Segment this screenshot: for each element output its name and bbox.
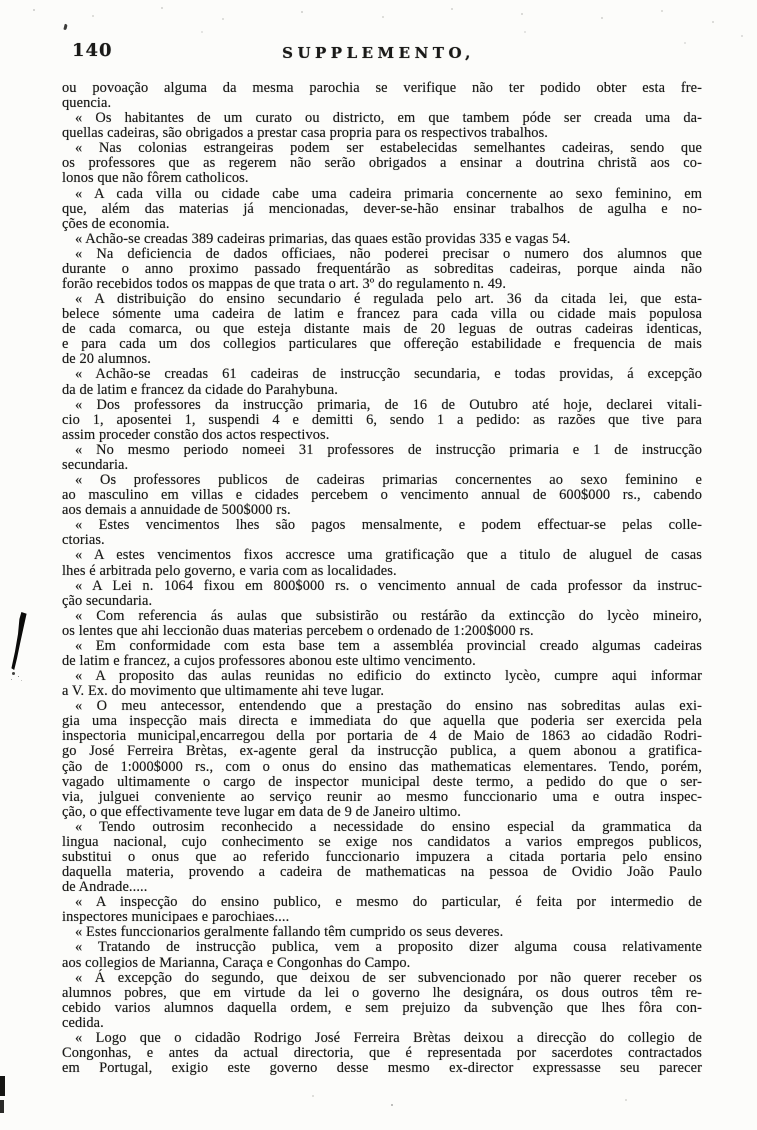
text-line: durante o anno proximo passado frequentá… [62,262,702,277]
page-edge-mark [0,1100,4,1113]
text-line: em Portugal, exigio este governo desse m… [62,1061,702,1076]
text-line: aos demais a annuidade de 500$000 rs. [62,503,702,518]
text-line: daquella materia, provendo a cadeira de … [62,865,702,880]
text-line: « Nas colonias estrangeiras podem ser es… [62,141,702,156]
text-line: ções de economia. [62,217,702,232]
text-line: via, julguei conveniente ao serviço reun… [62,790,702,805]
text-line: de cada comarca, ou que esteja distante … [62,322,702,337]
text-line: lingua nacional, cujo conhecimento se ex… [62,835,702,850]
text-line: Congonhas, e antes da actual directoria,… [62,1046,702,1061]
text-line: aos collegios de Marianna, Caraça e Cong… [62,956,702,971]
text-line: « A proposito das aulas reunidas no edif… [62,669,702,684]
text-line: inspectores municipaes e parochiaes.... [62,910,702,925]
text-line: « Na deficiencia de dados officiaes, não… [62,247,702,262]
text-line: « A cada villa ou cidade cabe uma cadeir… [62,187,702,202]
text-line: « Achão-se creadas 389 cadeiras primaria… [62,232,702,247]
text-line: lhes é arbitrada pelo governo, e varia c… [62,564,702,579]
text-line: « Estes vencimentos lhes são pagos mensa… [62,518,702,533]
text-line: assim proceder constão dos actos respect… [62,428,702,443]
text-line: os professores que as regerem não serão … [62,156,702,171]
ink-speckles-artifact [12,672,15,675]
text-line: da de latim e francez da cidade do Parah… [62,383,702,398]
text-line: inspectoria municipal,encarregou della p… [62,729,702,744]
scan-noise-speckles [0,0,2,2]
text-line: « Achão-se creadas 61 cadeiras de instru… [62,367,702,382]
text-line: ção secundaria. [62,594,702,609]
ink-blot-artifact [9,612,29,670]
text-line: cio 1, aposentei 1, suspendi 4 e demitti… [62,413,702,428]
text-line: « Dos professores da instrucção primaria… [62,398,702,413]
text-line: alumnos pobres, que em virtude da lei o … [62,986,702,1001]
text-line: de 20 alumnos. [62,352,702,367]
text-line: « Os habitantes de um curato ou district… [62,111,702,126]
text-line: que, além das materias já mencionadas, d… [62,202,702,217]
scanned-page: 140 SUPPLEMENTO, ou povoação alguma da m… [0,0,757,1130]
text-line: de Andrade..... [62,880,702,895]
page-edge-mark [0,1076,5,1096]
text-line: os lentes que ahi leccionão duas materia… [62,624,702,639]
text-line: ção, o que effectivamente teve lugar em … [62,805,702,820]
text-line: cedida. [62,1016,702,1031]
text-line: « Tendo outrosim reconhecido a necessida… [62,820,702,835]
document-text: ou povoação alguma da mesma parochia se … [62,81,702,1076]
text-line: ao masculino em villas e cidades percebe… [62,488,702,503]
text-line: secundaria. [62,458,702,473]
text-line: gia uma inspecção mais directa e immedia… [62,714,702,729]
text-line: « Tratando de instrucção publica, vem a … [62,940,702,955]
text-line: « Á excepção do segundo, que deixou de s… [62,971,702,986]
text-line: « O meu antecessor, entendendo que a pre… [62,699,702,714]
text-line: « No mesmo periodo nomeei 31 professores… [62,443,702,458]
text-line: forão recebidos todos os mappas de que t… [62,277,702,292]
text-line: de latim e francez, a cujos professores … [62,654,702,669]
text-line: quencia. [62,96,702,111]
text-line: lonos que não fôrem catholicos. [62,171,702,186]
text-line: cebido varios alumnos daquella ordem, e … [62,1001,702,1016]
text-line: « A estes vencimentos fixos accresce uma… [62,548,702,563]
text-line: e para cada um dos collegios particulare… [62,337,702,352]
text-line: belece sómente uma cadeira de latim e fr… [62,307,702,322]
text-line: vagado ultimamente o cargo de inspector … [62,775,702,790]
text-line: substitui o onus que ao referido funccio… [62,850,702,865]
text-line: « Em conformidade com esta base tem a as… [62,639,702,654]
text-line: « A Lei n. 1064 fixou em 800$000 rs. o v… [62,579,702,594]
text-line: ctorias. [62,533,702,548]
text-line: « Logo que o cidadão Rodrigo José Ferrei… [62,1031,702,1046]
text-line: go José Ferreira Brètas, ex-agente geral… [62,744,702,759]
text-line: ção de 1:000$000 rs., com o onus do ensi… [62,760,702,775]
text-line: « Estes funccionarios geralmente falland… [62,925,702,940]
text-line: « A distribuição do ensino secundario é … [62,292,702,307]
text-line: ou povoação alguma da mesma parochia se … [62,81,702,96]
text-line: « Os professores publicos de cadeiras pr… [62,473,702,488]
text-line: a V. Ex. do movimento que ultimamente ah… [62,684,702,699]
page-header-title: SUPPLEMENTO, [0,44,757,62]
text-line: « A inspecção do ensino publico, e mesmo… [62,895,702,910]
text-line: « Com referencia ás aulas que subsistirã… [62,609,702,624]
text-line: quellas cadeiras, são obrigados a presta… [62,126,702,141]
stray-ink-mark [63,24,67,31]
